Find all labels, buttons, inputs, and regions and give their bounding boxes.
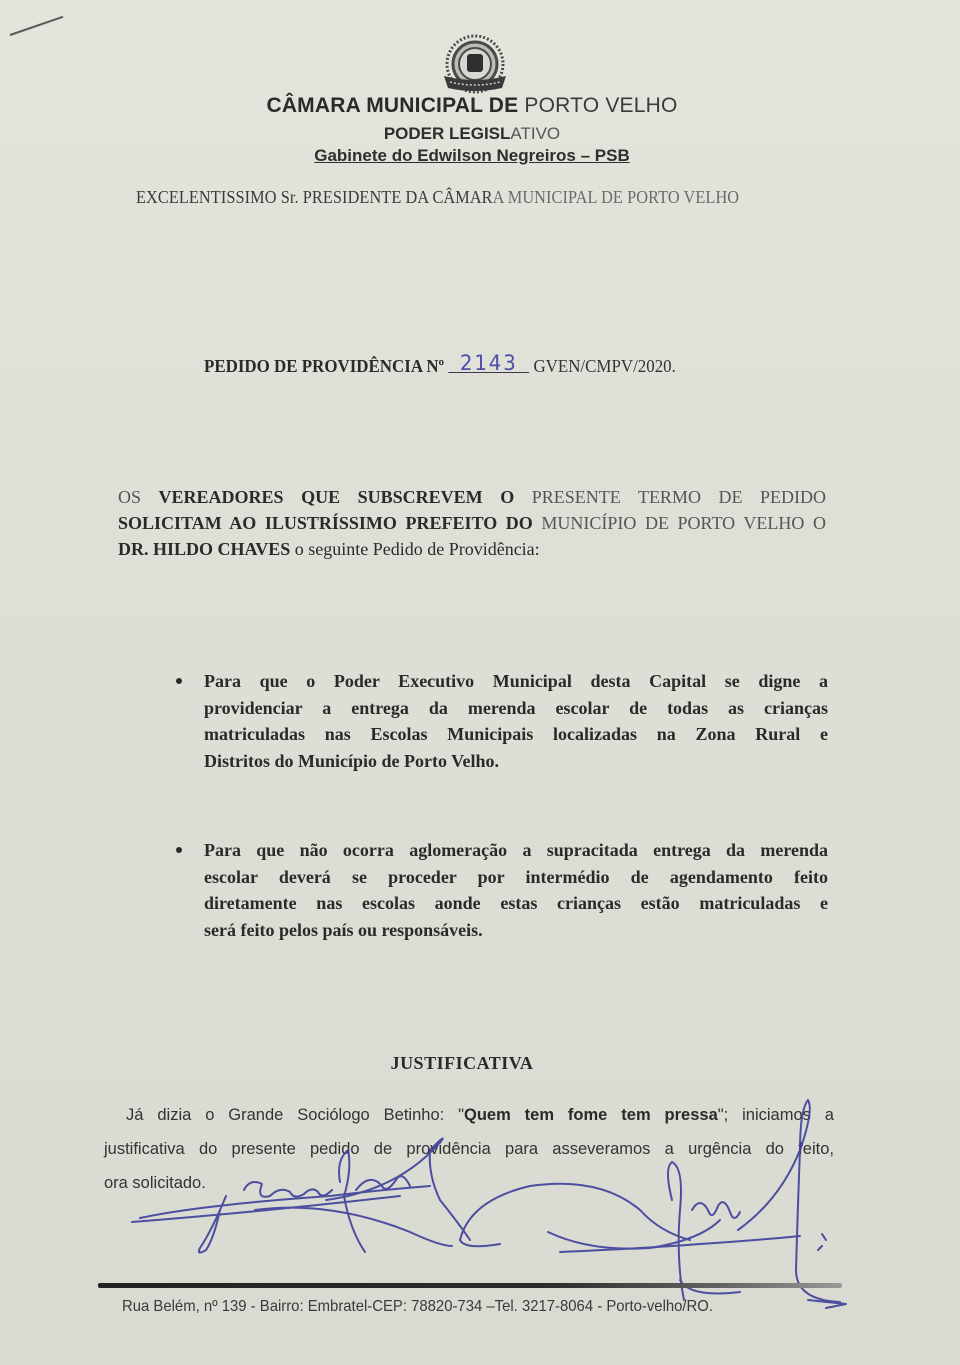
document-page: CÂMARA MUNICIPAL DE PORTO VELHO PODER LE…: [0, 0, 960, 1365]
intro-paragraph: OS VEREADORES QUE SUBSCREVEM O PRESENTE …: [118, 484, 826, 562]
request-suffix: GVEN/CMPV/2020.: [533, 356, 675, 376]
request-number-line: PEDIDO DE PROVIDÊNCIA Nº 2143 GVEN/CMPV/…: [204, 356, 676, 377]
justification-heading: JUSTIFICATIVA: [0, 1053, 924, 1074]
bullet-icon: [176, 678, 182, 684]
handwritten-request-number: 2143: [448, 354, 529, 373]
stray-pen-mark: [10, 16, 64, 36]
cabinet-line: Gabinete do Edwilson Negreiros – PSB: [0, 146, 944, 166]
request-label: PEDIDO DE PROVIDÊNCIA Nº: [204, 356, 444, 376]
justification-paragraph: Já dizia o Grande Sociólogo Betinho: "Qu…: [104, 1098, 834, 1200]
footer-address: Rua Belém, nº 139 - Bairro: Embratel-CEP…: [122, 1298, 713, 1316]
institution-title: CÂMARA MUNICIPAL DE PORTO VELHO: [0, 94, 944, 118]
institution-subtitle: PODER LEGISLATIVO: [0, 124, 944, 144]
bullet-icon: [176, 847, 182, 853]
camara-municipal-seal-icon: [436, 32, 514, 100]
addressee-line: EXCELENTISSIMO Sr. PRESIDENTE DA CÂMARA …: [136, 187, 739, 208]
footer-divider: [98, 1283, 842, 1288]
